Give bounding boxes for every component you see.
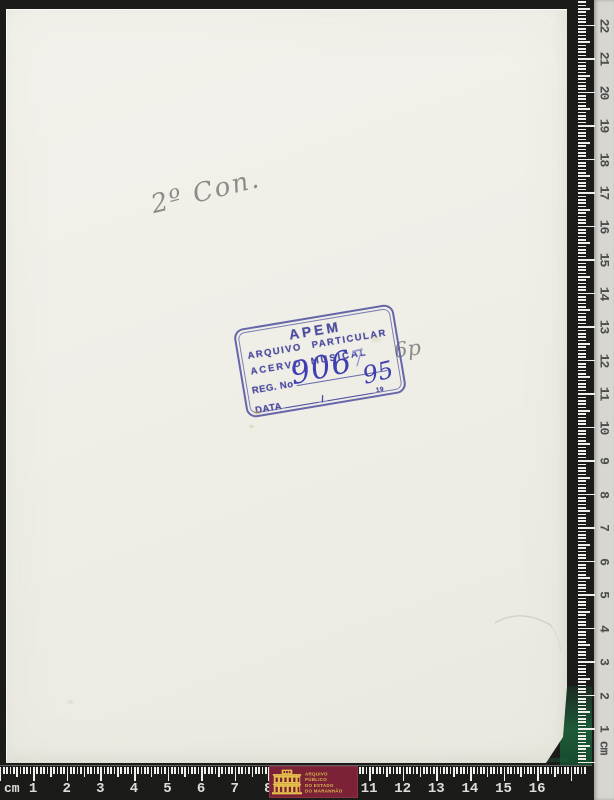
tick-mark xyxy=(547,767,549,774)
tick-mark xyxy=(578,474,586,476)
tick-mark xyxy=(578,386,586,388)
tick-mark xyxy=(231,767,233,774)
scanner-bed-background: { "scan": { "pencil_annotation_top": "2º… xyxy=(0,0,614,800)
tick-mark xyxy=(84,767,86,777)
tick-mark xyxy=(578,192,595,194)
tick-mark xyxy=(578,266,586,268)
vertical-ruler-unit-label: cm xyxy=(597,737,612,759)
tick-mark xyxy=(578,125,595,127)
tick-mark xyxy=(262,767,264,774)
tick-mark xyxy=(578,631,586,633)
tick-mark xyxy=(578,326,595,328)
tick-mark xyxy=(578,279,586,281)
tick-mark xyxy=(578,537,586,539)
tick-mark xyxy=(578,591,586,593)
tick-mark xyxy=(578,480,586,482)
tick-mark xyxy=(63,767,65,774)
paper-stain xyxy=(66,699,75,705)
tick-mark xyxy=(578,457,586,459)
tick-mark xyxy=(564,767,566,774)
tick-mark xyxy=(168,767,170,781)
logo-line: PÚBLICO xyxy=(305,776,355,782)
horizontal-ruler-label: 5 xyxy=(159,781,177,797)
tick-mark xyxy=(578,313,586,315)
tick-mark xyxy=(0,767,1,781)
tick-mark xyxy=(16,767,18,777)
tick-mark xyxy=(77,767,79,774)
tick-mark xyxy=(578,584,586,586)
tick-mark xyxy=(578,628,595,630)
tick-mark xyxy=(578,155,586,157)
tick-mark xyxy=(578,748,586,750)
tick-mark xyxy=(188,767,190,774)
tick-mark xyxy=(578,393,595,395)
tick-mark xyxy=(578,400,586,402)
tick-mark xyxy=(551,767,553,774)
tick-mark xyxy=(100,767,102,781)
tick-mark xyxy=(578,634,586,636)
tick-mark xyxy=(359,767,361,774)
tick-mark xyxy=(578,172,586,174)
tick-mark xyxy=(40,767,42,774)
vertical-ruler-label: 10 xyxy=(597,416,612,438)
horizontal-ruler-label: 3 xyxy=(91,781,109,797)
tick-mark xyxy=(507,767,509,774)
tick-mark xyxy=(578,289,586,291)
tick-mark xyxy=(13,767,15,774)
tick-mark xyxy=(578,149,586,151)
tick-mark xyxy=(578,112,586,114)
tick-mark xyxy=(578,226,595,228)
vertical-ruler-label: 13 xyxy=(597,316,612,338)
tick-mark xyxy=(463,767,465,774)
tick-mark xyxy=(110,767,112,774)
tick-mark xyxy=(578,494,595,496)
tick-mark xyxy=(487,767,489,777)
tick-mark xyxy=(366,767,368,774)
tick-mark xyxy=(578,742,586,744)
tick-mark xyxy=(369,767,371,781)
tick-mark xyxy=(578,531,586,533)
tick-mark xyxy=(578,68,586,70)
tick-mark xyxy=(578,306,586,308)
tick-mark xyxy=(362,767,364,774)
tick-mark xyxy=(578,614,586,616)
tick-mark xyxy=(578,135,586,137)
tick-mark xyxy=(94,767,96,774)
tick-mark xyxy=(90,767,92,774)
tick-mark xyxy=(440,767,442,774)
tick-mark xyxy=(456,767,458,774)
tick-mark xyxy=(578,561,595,563)
tick-mark xyxy=(578,35,586,37)
tick-mark xyxy=(460,767,462,774)
tick-mark xyxy=(578,373,586,375)
tick-mark xyxy=(578,108,590,110)
tick-mark xyxy=(578,551,586,553)
tick-mark xyxy=(107,767,109,774)
vertical-ruler-label: 12 xyxy=(597,349,612,371)
vertical-ruler-label: 8 xyxy=(597,483,612,505)
tick-mark xyxy=(578,376,590,378)
tick-mark xyxy=(578,654,586,656)
horizontal-ruler-label: 11 xyxy=(360,781,378,797)
pencil-annotation-top: 2º Con. xyxy=(148,164,264,220)
tick-mark xyxy=(483,767,485,774)
tick-mark xyxy=(144,767,146,774)
tick-mark xyxy=(578,350,586,352)
tick-mark xyxy=(578,658,586,660)
tick-mark xyxy=(114,767,116,774)
tick-mark xyxy=(43,767,45,774)
tick-mark xyxy=(201,767,203,781)
tick-mark xyxy=(514,767,516,774)
tick-mark xyxy=(578,72,586,74)
tick-mark xyxy=(258,767,260,774)
tick-mark xyxy=(406,767,408,774)
vertical-ruler-label: 22 xyxy=(597,14,612,36)
tick-mark xyxy=(578,598,586,600)
tick-mark xyxy=(578,383,586,385)
tick-mark xyxy=(578,252,586,254)
tick-mark xyxy=(10,767,12,774)
tick-mark xyxy=(578,340,586,342)
tick-mark xyxy=(578,587,586,589)
tick-mark xyxy=(578,316,586,318)
archive-registration-stamp: APEM ARQUIVO PARTICULAR ACERVO MUSICAL R… xyxy=(233,303,408,419)
tick-mark xyxy=(578,75,590,77)
tick-mark xyxy=(578,611,590,613)
tick-mark xyxy=(578,732,586,734)
vertical-ruler-label: 18 xyxy=(597,148,612,170)
tick-mark xyxy=(578,437,586,439)
tick-mark xyxy=(389,767,391,774)
tick-mark xyxy=(578,232,586,234)
tick-mark xyxy=(127,767,129,774)
tick-mark xyxy=(578,115,586,117)
tick-mark xyxy=(578,648,586,650)
tick-mark xyxy=(181,767,183,774)
tick-mark xyxy=(433,767,435,774)
tick-mark xyxy=(578,711,590,713)
horizontal-ruler-label: 14 xyxy=(461,781,479,797)
stamp-reg-label: REG. No xyxy=(251,379,294,397)
tick-mark xyxy=(578,5,586,7)
tick-mark xyxy=(50,767,52,777)
tick-mark xyxy=(578,263,586,265)
tick-mark xyxy=(578,222,586,224)
tick-mark xyxy=(578,236,586,238)
vertical-ruler-label: 17 xyxy=(597,182,612,204)
tick-mark xyxy=(36,767,38,774)
tick-mark xyxy=(578,577,590,579)
vertical-ruler-label: 19 xyxy=(597,115,612,137)
tick-mark xyxy=(578,718,586,720)
tick-mark xyxy=(490,767,492,774)
logo-line: DO MARANHÃO xyxy=(305,788,355,794)
tick-mark xyxy=(255,767,257,774)
tick-mark xyxy=(578,594,595,596)
vertical-ruler-label: 6 xyxy=(597,550,612,572)
tick-mark xyxy=(578,212,586,214)
tick-mark xyxy=(578,1,586,3)
tick-mark xyxy=(379,767,381,774)
tick-mark xyxy=(578,641,586,643)
tick-mark xyxy=(578,604,586,606)
tick-mark xyxy=(73,767,75,774)
tick-mark xyxy=(578,524,586,526)
tick-mark xyxy=(578,139,586,141)
horizontal-ruler-label: 13 xyxy=(427,781,445,797)
tick-mark xyxy=(426,767,428,774)
tick-mark xyxy=(80,767,82,774)
tick-mark xyxy=(544,767,546,774)
tick-mark xyxy=(372,767,374,774)
tick-mark xyxy=(581,767,583,774)
tick-mark xyxy=(578,557,586,559)
tick-mark xyxy=(241,767,243,774)
tick-mark xyxy=(578,239,586,241)
vertical-ruler-label: 3 xyxy=(597,651,612,673)
tick-mark xyxy=(578,534,586,536)
tick-mark xyxy=(578,464,586,466)
tick-mark xyxy=(530,767,532,774)
tick-mark xyxy=(578,88,586,90)
tick-mark xyxy=(567,767,569,774)
tick-mark xyxy=(225,767,227,774)
tick-mark xyxy=(557,767,559,774)
tick-mark xyxy=(208,767,210,774)
tick-mark xyxy=(524,767,526,774)
tick-mark xyxy=(578,65,586,67)
tick-mark xyxy=(578,28,586,30)
vertical-ruler-label: 11 xyxy=(597,383,612,405)
tick-mark xyxy=(120,767,122,774)
tick-mark xyxy=(154,767,156,774)
tick-mark xyxy=(493,767,495,774)
tick-mark xyxy=(561,767,563,774)
tick-mark xyxy=(578,752,586,754)
tick-mark xyxy=(578,242,590,244)
tick-mark xyxy=(450,767,452,774)
tick-mark xyxy=(228,767,230,774)
stamp-date-separator: / xyxy=(320,394,325,405)
tick-mark xyxy=(578,333,586,335)
tick-mark xyxy=(252,767,254,777)
tick-mark xyxy=(578,618,586,620)
tick-mark xyxy=(578,427,595,429)
tick-mark xyxy=(578,273,586,275)
tick-mark xyxy=(97,767,99,774)
tick-mark xyxy=(104,767,106,774)
tick-mark xyxy=(171,767,173,774)
tick-mark xyxy=(578,58,595,60)
tick-mark xyxy=(578,701,586,703)
tick-mark xyxy=(87,767,89,774)
tick-mark xyxy=(578,11,586,13)
tick-mark xyxy=(578,293,595,295)
tick-mark xyxy=(443,767,445,774)
tick-mark xyxy=(534,767,536,774)
tick-mark xyxy=(574,767,576,774)
tick-mark xyxy=(578,196,586,198)
tick-mark xyxy=(578,102,586,104)
tick-mark xyxy=(578,296,586,298)
tick-mark xyxy=(578,380,586,382)
horizontal-ruler-label: 7 xyxy=(226,781,244,797)
tick-mark xyxy=(578,41,590,43)
tick-mark xyxy=(578,360,595,362)
tick-mark xyxy=(578,755,586,757)
tick-mark xyxy=(70,767,72,774)
tick-mark xyxy=(578,678,590,680)
tick-mark xyxy=(238,767,240,774)
tick-mark xyxy=(245,767,247,774)
tick-mark xyxy=(578,105,586,107)
tick-mark xyxy=(578,38,586,40)
vertical-ruler-label: 16 xyxy=(597,215,612,237)
tick-mark xyxy=(578,256,586,258)
tick-mark xyxy=(578,118,586,120)
tick-mark xyxy=(578,336,586,338)
tick-mark xyxy=(578,18,586,20)
tick-mark xyxy=(47,767,49,774)
document-page: 2º Con. 6p APEM ARQUIVO PARTICULAR ACERV… xyxy=(6,9,567,763)
tick-mark xyxy=(578,249,586,251)
tick-mark xyxy=(117,767,119,777)
tick-mark xyxy=(578,675,586,677)
tick-mark xyxy=(578,370,586,372)
tick-mark xyxy=(26,767,28,774)
tick-mark xyxy=(578,162,586,164)
tick-mark xyxy=(578,21,586,23)
tick-mark xyxy=(578,403,586,405)
tick-mark xyxy=(235,767,237,781)
tick-mark xyxy=(578,708,586,710)
tick-mark xyxy=(578,259,595,261)
tick-mark xyxy=(578,688,586,690)
horizontal-ruler-label: 4 xyxy=(125,781,143,797)
tick-mark xyxy=(578,544,590,546)
tick-mark xyxy=(413,767,415,774)
tick-mark xyxy=(578,323,586,325)
horizontal-ruler-label: 12 xyxy=(394,781,412,797)
vertical-ruler-label: 2 xyxy=(597,684,612,706)
tick-mark xyxy=(578,346,586,348)
tick-mark xyxy=(578,571,586,573)
paper-stain xyxy=(252,409,262,416)
logo-line: DO ESTADO xyxy=(305,782,355,788)
tick-mark xyxy=(504,767,506,781)
tick-mark xyxy=(191,767,193,774)
tick-mark xyxy=(554,767,556,777)
tick-mark xyxy=(578,343,590,345)
tick-mark xyxy=(30,767,32,774)
tick-mark xyxy=(520,767,522,777)
tick-mark xyxy=(578,467,586,469)
tick-mark xyxy=(537,767,539,781)
horizontal-ruler-label: 15 xyxy=(495,781,513,797)
tick-mark xyxy=(578,175,590,177)
tick-mark xyxy=(578,363,586,365)
tick-mark xyxy=(164,767,166,774)
tick-mark xyxy=(578,353,586,355)
tick-mark xyxy=(141,767,143,774)
tick-mark xyxy=(578,423,586,425)
tick-mark xyxy=(578,276,590,278)
tick-mark xyxy=(248,767,250,774)
tick-mark xyxy=(578,356,586,358)
tick-mark xyxy=(578,453,586,455)
tick-mark xyxy=(578,397,586,399)
horizontal-ruler-label: 6 xyxy=(192,781,210,797)
tick-mark xyxy=(578,621,586,623)
tick-mark xyxy=(578,490,586,492)
tick-mark xyxy=(578,390,586,392)
tick-mark xyxy=(174,767,176,774)
tick-mark xyxy=(578,407,586,409)
tick-mark xyxy=(578,685,586,687)
tick-mark xyxy=(423,767,425,774)
tick-mark xyxy=(500,767,502,774)
tick-mark xyxy=(393,767,395,774)
tick-mark xyxy=(473,767,475,774)
tick-mark xyxy=(578,159,595,161)
tick-mark xyxy=(578,31,586,33)
tick-mark xyxy=(578,661,595,663)
tick-mark xyxy=(383,767,385,774)
tick-mark xyxy=(467,767,469,774)
tick-mark xyxy=(204,767,206,774)
tick-mark xyxy=(578,142,590,144)
tick-mark xyxy=(215,767,217,774)
tick-mark xyxy=(578,601,586,603)
tick-mark xyxy=(578,206,586,208)
tick-mark xyxy=(578,179,586,181)
tick-mark xyxy=(578,514,586,516)
tick-mark xyxy=(578,182,586,184)
tick-mark xyxy=(578,283,586,285)
tick-mark xyxy=(578,309,590,311)
tick-mark xyxy=(578,510,590,512)
tick-mark xyxy=(578,132,586,134)
tick-mark xyxy=(578,78,586,80)
vertical-ruler-label: 14 xyxy=(597,282,612,304)
tick-mark xyxy=(578,715,586,717)
tick-mark xyxy=(578,82,586,84)
tick-mark xyxy=(265,767,267,774)
tick-mark xyxy=(578,202,586,204)
tick-mark xyxy=(578,169,586,171)
horizontal-ruler-label: 1 xyxy=(24,781,42,797)
tick-mark xyxy=(578,129,586,131)
tick-mark xyxy=(578,95,586,97)
tick-mark xyxy=(584,767,586,774)
tick-mark xyxy=(578,477,590,479)
tick-mark xyxy=(578,98,586,100)
tick-mark xyxy=(403,767,405,781)
tick-mark xyxy=(137,767,139,774)
tick-mark xyxy=(578,541,586,543)
tick-mark xyxy=(578,574,586,576)
tick-mark xyxy=(3,767,5,774)
tick-mark xyxy=(578,470,586,472)
tick-mark xyxy=(578,330,586,332)
tick-mark xyxy=(194,767,196,774)
tick-mark xyxy=(578,229,586,231)
tick-mark xyxy=(399,767,401,774)
tick-mark xyxy=(578,517,586,519)
